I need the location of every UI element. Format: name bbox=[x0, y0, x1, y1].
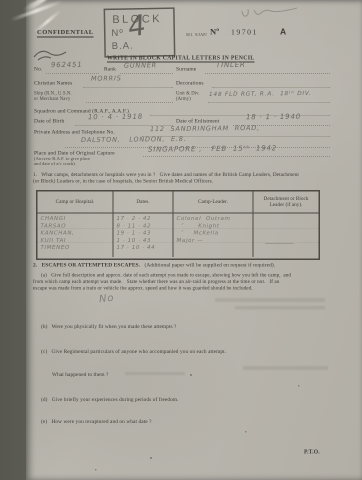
unit-value: 148 FLD RGT, R.A. 18ᵗʰ DIV. bbox=[209, 89, 312, 97]
serial-no-label: Nº bbox=[210, 27, 219, 37]
table-header-dates: Dates. bbox=[114, 192, 174, 213]
camp-leader-entry: ″ McKella bbox=[177, 230, 250, 237]
question1-line1: 1. What camps, detachments or hospitals … bbox=[33, 172, 299, 178]
pto-label: P.T.O. bbox=[304, 449, 320, 455]
question2a-line1: (a) Give full description and approx. da… bbox=[41, 273, 291, 279]
camp-date-entry: 17 · 2 · 42 bbox=[117, 215, 170, 222]
surname-value: TINLER bbox=[216, 61, 246, 69]
age-spot bbox=[245, 431, 247, 433]
question2b-label: (b) Were you physically fit when you mad… bbox=[41, 324, 177, 330]
address-label: Private Address and Telephone No. bbox=[34, 129, 115, 135]
camp-leader-entry: Colonel Outram bbox=[177, 215, 250, 222]
camp-leader-entry: Major — bbox=[177, 237, 250, 244]
ink-dot bbox=[190, 374, 192, 376]
question2a-line2: from which camp each attempt was made. S… bbox=[33, 279, 279, 285]
question2-heading: 2. ESCAPES OR ATTEMPTED ESCAPES. bbox=[33, 262, 140, 268]
capture-value: SINGAPORE , FEB 15ᵗʰ 1942 bbox=[148, 144, 277, 153]
detachment-column: — bbox=[254, 214, 319, 258]
camp-name-column: CHANGI TARSAO KANCHAN, KUII TAI TIMENEO bbox=[38, 214, 114, 258]
service-no-label: No. bbox=[34, 66, 42, 72]
dotted-rule bbox=[86, 102, 173, 103]
camp-date-entry: 17 · 10 · 44 bbox=[117, 244, 170, 251]
enlistment-label: Date of Enlistment bbox=[176, 118, 219, 124]
ship-label-line1: Ship (R.N., U.S.N. bbox=[34, 91, 72, 96]
table-header-leader: Camp-Leader. bbox=[174, 192, 254, 213]
camp-name-entry: KANCHAN, bbox=[41, 230, 110, 237]
dotted-rule bbox=[212, 87, 330, 88]
confidential-label: CONFIDENTIAL bbox=[37, 28, 94, 38]
grade-letter: A bbox=[280, 27, 286, 37]
christian-names-label: Christian Names bbox=[34, 80, 72, 86]
question2a-answer-handwritten: No bbox=[98, 291, 114, 305]
camp-table: Camp or Hospital. Dates. Camp-Leader. De… bbox=[36, 190, 320, 260]
table-header-detachment: Detachment or Block Leader (if any). bbox=[254, 192, 319, 213]
question2-heading-note: (Additional paper will be supplied on re… bbox=[140, 262, 275, 268]
service-no-value: 962451 bbox=[51, 61, 83, 69]
decorations-label: Decorations bbox=[176, 80, 204, 86]
camp-name-entry: CHANGI bbox=[41, 215, 110, 222]
question1-line2: (or Block) Leaders or, in the case of ho… bbox=[33, 179, 213, 185]
dob-value: 10 · 4 · 1918 bbox=[88, 113, 143, 122]
none-dash-mark: — bbox=[263, 239, 296, 247]
question2a-line3: escape was made from a train or vehicle … bbox=[33, 286, 253, 292]
rank-value: GUNNER bbox=[124, 62, 157, 70]
surname-label: Surname bbox=[176, 66, 196, 72]
camp-name-entry: KUII TAI bbox=[41, 237, 110, 244]
serial-number: 19701 bbox=[231, 28, 258, 37]
question2-heading-row: 2. ESCAPES OR ATTEMPTED ESCAPES. (Additi… bbox=[33, 262, 275, 268]
bleedthrough-smudge bbox=[215, 298, 325, 302]
age-spot bbox=[95, 469, 97, 471]
unit-label-line2: (Army) bbox=[176, 97, 191, 102]
block-stamp-no-label: Nº bbox=[111, 28, 124, 39]
form-ref-label: M.I. 9/JAP/ bbox=[186, 32, 207, 37]
dotted-rule bbox=[83, 87, 173, 88]
bleedthrough-smudge bbox=[235, 306, 325, 310]
dotted-rule bbox=[208, 102, 330, 103]
camp-leader-entry: ″ Knight bbox=[177, 222, 250, 229]
rank-label: Rank bbox=[104, 66, 116, 72]
pencil-scribble-icon bbox=[239, 2, 304, 24]
dob-label: Date of Birth bbox=[34, 118, 64, 124]
camp-leader-column: Colonel Outram ″ Knight ″ McKella Major … bbox=[174, 214, 254, 258]
camp-date-entry: 19 · 1 · 43 bbox=[117, 230, 170, 237]
christian-names-value: MORRIS bbox=[91, 75, 122, 83]
address-value-line2: DALSTON, LONDON, E.8. bbox=[81, 135, 187, 144]
ship-label-line2: or Merchant Navy bbox=[34, 97, 70, 102]
camp-dates-column: 17 · 2 · 42 8 · 11 · 42 19 · 1 · 43 1 · … bbox=[114, 214, 174, 258]
bleedthrough-smudge bbox=[125, 372, 185, 375]
dotted-rule bbox=[143, 156, 330, 157]
question2c-followup-label: What happened to them ? bbox=[52, 372, 108, 378]
age-spot bbox=[150, 457, 152, 459]
address-value-line1: 112 SANDRINGHAM ROAD, bbox=[150, 124, 260, 133]
dotted-rule bbox=[46, 73, 99, 74]
table-header-camp: Camp or Hospital. bbox=[38, 192, 114, 213]
camp-table-body: CHANGI TARSAO KANCHAN, KUII TAI TIMENEO … bbox=[38, 214, 319, 258]
age-spot bbox=[298, 385, 300, 387]
enlistment-value: 18 · 1 · 1940 bbox=[246, 113, 301, 122]
camp-name-entry: TARSAO bbox=[41, 222, 110, 229]
unit-label-line1: Unit & Div. bbox=[176, 91, 200, 96]
question2e-label: (e) How were you recaptured and on what … bbox=[41, 419, 152, 425]
camp-table-header-row: Camp or Hospital. Dates. Camp-Leader. De… bbox=[38, 192, 319, 214]
camp-date-entry: 8 · 11 · 42 bbox=[117, 222, 170, 229]
dotted-rule bbox=[205, 73, 330, 74]
capture-note-line2: and date of a/c crash). bbox=[34, 161, 76, 166]
question2c-label: (c) Give Regimental particulars of anyon… bbox=[41, 349, 226, 355]
dotted-rule bbox=[120, 73, 173, 74]
question2d-label: (d) Give briefly your experiences during… bbox=[41, 397, 179, 403]
camp-name-entry: TIMENEO bbox=[41, 244, 110, 251]
bleedthrough-smudge bbox=[243, 366, 328, 370]
dotted-rule bbox=[150, 115, 330, 116]
camp-date-entry: 1 · 10 · 43 bbox=[117, 237, 170, 244]
scanned-document-viewport: CONFIDENTIAL BLOCK Nº B.A. 4 M.I. 9/JAP/… bbox=[0, 0, 362, 480]
